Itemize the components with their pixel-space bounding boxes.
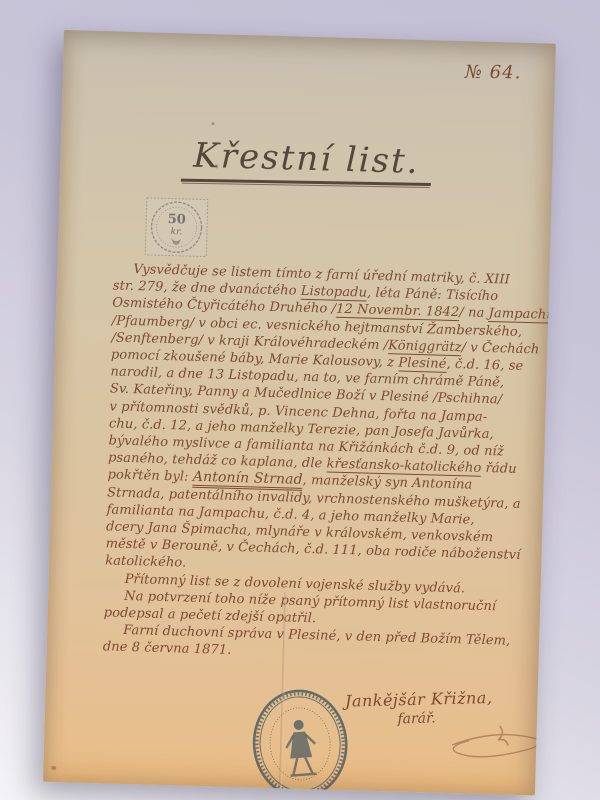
paper-speck — [51, 766, 56, 770]
paper-speck — [215, 164, 218, 168]
page-title: Křestní list. — [60, 134, 553, 185]
paper-speck — [211, 122, 214, 125]
revenue-stamp: 50 kr. — [144, 196, 210, 258]
document-number: № 64. — [464, 64, 521, 83]
svg-text:kr.: kr. — [170, 227, 182, 237]
title-block: Křestní list. — [60, 134, 553, 191]
document-paper: № 64. Křestní list. 50 kr. Vysvědčuje se… — [43, 30, 556, 795]
svg-text:50: 50 — [167, 212, 186, 227]
body-text: Vysvědčuje se listem tímto z farní úředn… — [103, 260, 528, 667]
parish-seal — [244, 681, 357, 795]
photo-background: № 64. Křestní list. 50 kr. Vysvědčuje se… — [0, 0, 600, 800]
revenue-stamp-icon: 50 kr. — [144, 196, 210, 258]
seal-icon — [244, 681, 357, 795]
signature-flourish-icon — [442, 721, 553, 764]
signature-name: Jankějšár Křižna, — [345, 686, 555, 710]
signature-block: Jankějšár Křižna, farář. — [345, 686, 556, 729]
